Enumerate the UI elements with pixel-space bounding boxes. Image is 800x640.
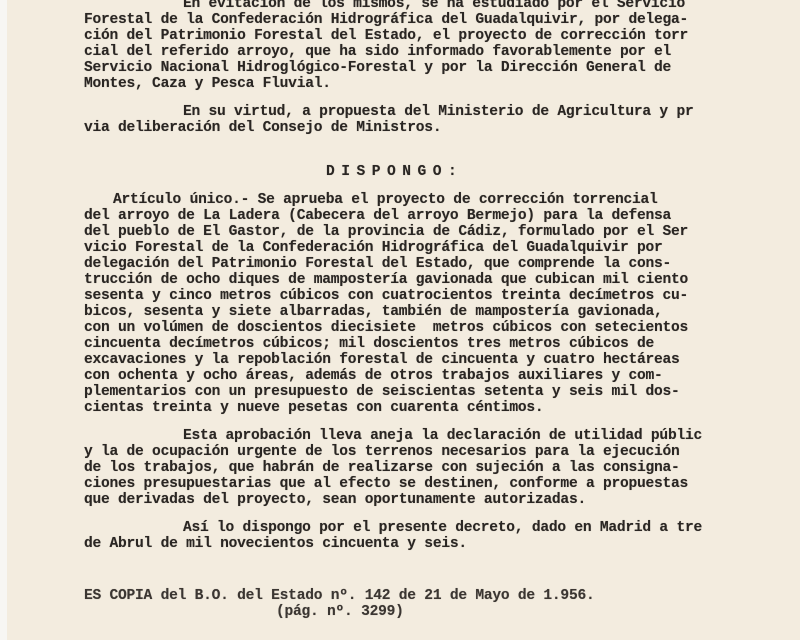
article-line: con un volúmen de doscientos diecisiete … <box>84 320 688 336</box>
paragraph-2-line: via deliberación del Consejo de Ministro… <box>84 120 441 136</box>
article-line: vicio Forestal de la Confederación Hidro… <box>84 240 663 256</box>
page-reference: (pág. nº. 3299) <box>276 604 404 620</box>
paragraph-4-line: Así lo dispongo por el presente decreto,… <box>183 520 702 536</box>
paragraph-1-line: ción del Patrimonio Forestal del Estado,… <box>84 28 688 44</box>
article-line: del pueblo de El Gastor, de la provincia… <box>84 224 688 240</box>
article-line: cincuenta decímetros cúbicos; mil doscie… <box>84 336 654 352</box>
paragraph-1-line: cial del referido arroyo, que ha sido in… <box>84 44 671 60</box>
paragraph-1-line: Montes, Caza y Pesca Fluvial. <box>84 76 331 92</box>
paragraph-4-line: de Abrul de mil novecientos cincuenta y … <box>84 536 467 552</box>
article-line: delegación del Patrimonio Forestal del E… <box>84 256 671 272</box>
article-line: con ochenta y ocho áreas, además de otro… <box>84 368 663 384</box>
article-line: cientas treinta y nueve pesetas con cuar… <box>84 400 543 416</box>
paragraph-3-line: de los trabajos, que habrán de realizars… <box>84 460 680 476</box>
paragraph-1-line: Forestal de la Confederación Hidrográfic… <box>84 12 688 28</box>
paragraph-1-line: En evitación de los mismos, se ha estudi… <box>183 0 685 12</box>
dispongo-heading: DISPONGO: <box>326 164 463 180</box>
paragraph-3-line: y la de ocupación urgente de los terreno… <box>84 444 680 460</box>
paragraph-3-line: Esta aprobación lleva aneja la declaraci… <box>183 428 702 444</box>
article-line: sesenta y cinco metros cúbicos con cuatr… <box>84 288 688 304</box>
paragraph-1-line: Servicio Nacional Hidroglógico-Forestal … <box>84 60 671 76</box>
article-line: trucción de ocho diques de mampostería g… <box>84 272 688 288</box>
article-line: plementarios con un presupuesto de seisc… <box>84 384 680 400</box>
article-line: bicos, sesenta y siete albarradas, tambi… <box>84 304 663 320</box>
article-line: Artículo único.- Se aprueba el proyecto … <box>113 192 658 208</box>
copy-certification: ES COPIA del B.O. del Estado nº. 142 de … <box>84 588 594 604</box>
scan-margin <box>0 0 7 640</box>
paragraph-3-line: ciones presupuestarias que al efecto se … <box>84 476 688 492</box>
paragraph-3-line: que derivadas del proyecto, sean oportun… <box>84 492 586 508</box>
paragraph-2-line: En su virtud, a propuesta del Ministerio… <box>183 104 693 120</box>
typewritten-page: En evitación de los mismos, se ha estudi… <box>7 0 800 640</box>
article-line: del arroyo de La Ladera (Cabecera del ar… <box>84 208 671 224</box>
article-line: excavaciones y la repoblación forestal d… <box>84 352 680 368</box>
